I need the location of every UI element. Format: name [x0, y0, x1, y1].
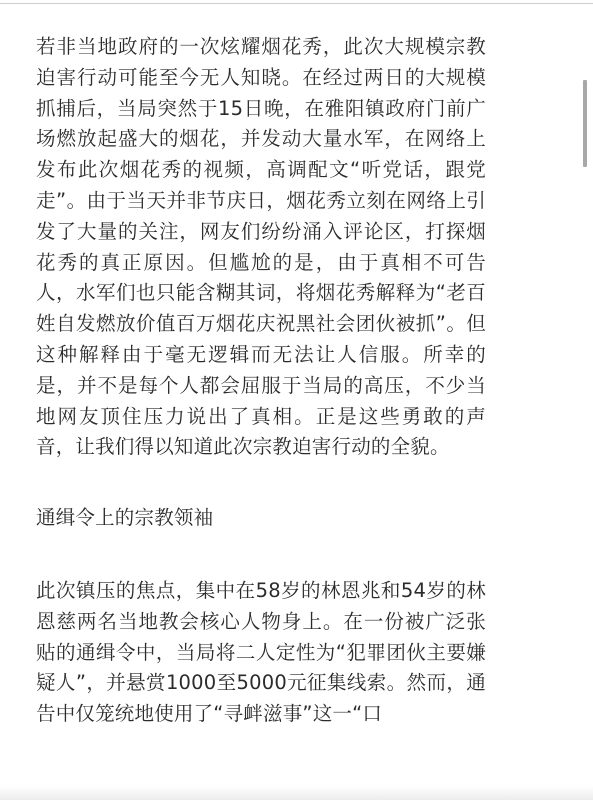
article-paragraph-wanted-notice: 此次镇压的焦点，集中在58岁的林恩兆和54岁的林恩慈两名当地教会核心人物身上。在… [36, 576, 486, 730]
vertical-scrollbar-thumb[interactable] [583, 80, 587, 167]
article-paragraph-intro: 若非当地政府的一次炫耀烟花秀，此次大规模宗教迫害行动可能至今无人知晓。在经过两日… [36, 32, 486, 463]
top-divider [0, 3, 593, 4]
section-heading: 通缉令上的宗教领袖 [36, 503, 486, 534]
bottom-edge-shade [0, 786, 593, 800]
article-body: 若非当地政府的一次炫耀烟花秀，此次大规模宗教迫害行动可能至今无人知晓。在经过两日… [36, 32, 486, 730]
